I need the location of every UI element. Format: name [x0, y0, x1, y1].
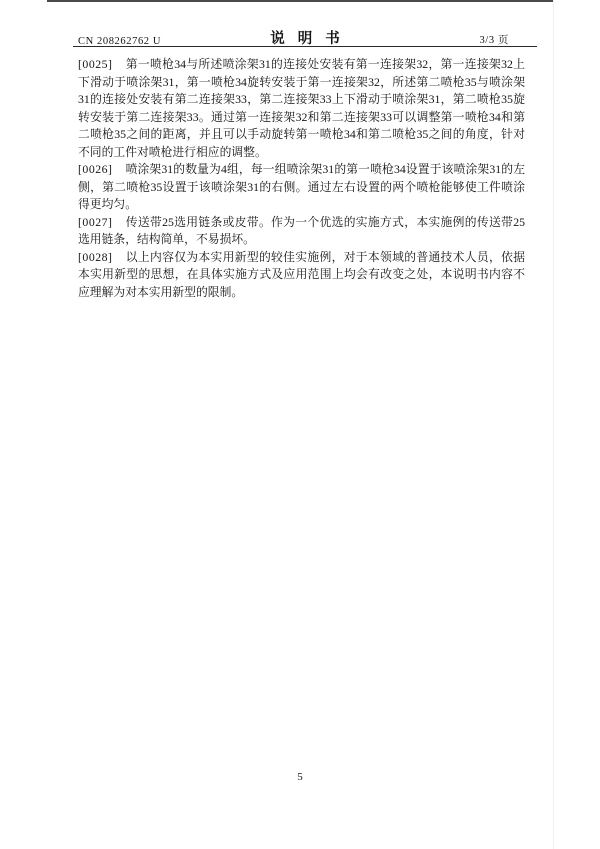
paragraph: [0027]传送带25选用链条或皮带。作为一个优选的实施方式，本实施例的传送带2… — [78, 214, 525, 249]
paragraph-number: [0028] — [78, 250, 112, 264]
document-title: 说明书 — [257, 27, 353, 48]
paragraph: [0026]喷涂架31的数量为4组，每一组喷涂架31的第一喷枪34设置于该喷涂架… — [78, 161, 525, 214]
scan-edge-right — [553, 0, 554, 849]
header-divider — [73, 46, 537, 47]
paragraph-number: [0026] — [78, 162, 112, 176]
page-header: CN 208262762 U 说明书 3/3 页 — [73, 31, 537, 47]
paragraph-number: [0027] — [78, 215, 112, 229]
paragraph: [0028]以上内容仅为本实用新型的较佳实施例，对于本领域的普通技术人员，依据本… — [78, 249, 525, 302]
page-indicator: 3/3 页 — [479, 32, 509, 47]
paragraph-text: 以上内容仅为本实用新型的较佳实施例，对于本领域的普通技术人员，依据本实用新型的思… — [78, 250, 525, 299]
paragraph-text: 传送带25选用链条或皮带。作为一个优选的实施方式，本实施例的传送带25选用链条，… — [78, 215, 525, 247]
paragraph-text: 喷涂架31的数量为4组，每一组喷涂架31的第一喷枪34设置于该喷涂架31的左侧，… — [78, 162, 525, 211]
scan-edge-top — [47, 0, 553, 2]
paragraph: [0025]第一喷枪34与所述喷涂架31的连接处安装有第一连接架32，第一连接架… — [78, 56, 525, 161]
page-number: 5 — [0, 771, 600, 783]
paragraph-number: [0025] — [78, 57, 112, 71]
patent-specification-page: { "header": { "doc_number": "CN 20826276… — [0, 0, 600, 849]
description-body: [0025]第一喷枪34与所述喷涂架31的连接处安装有第一连接架32，第一连接架… — [78, 56, 525, 301]
paragraph-text: 第一喷枪34与所述喷涂架31的连接处安装有第一连接架32，第一连接架32上下滑动… — [78, 57, 525, 159]
